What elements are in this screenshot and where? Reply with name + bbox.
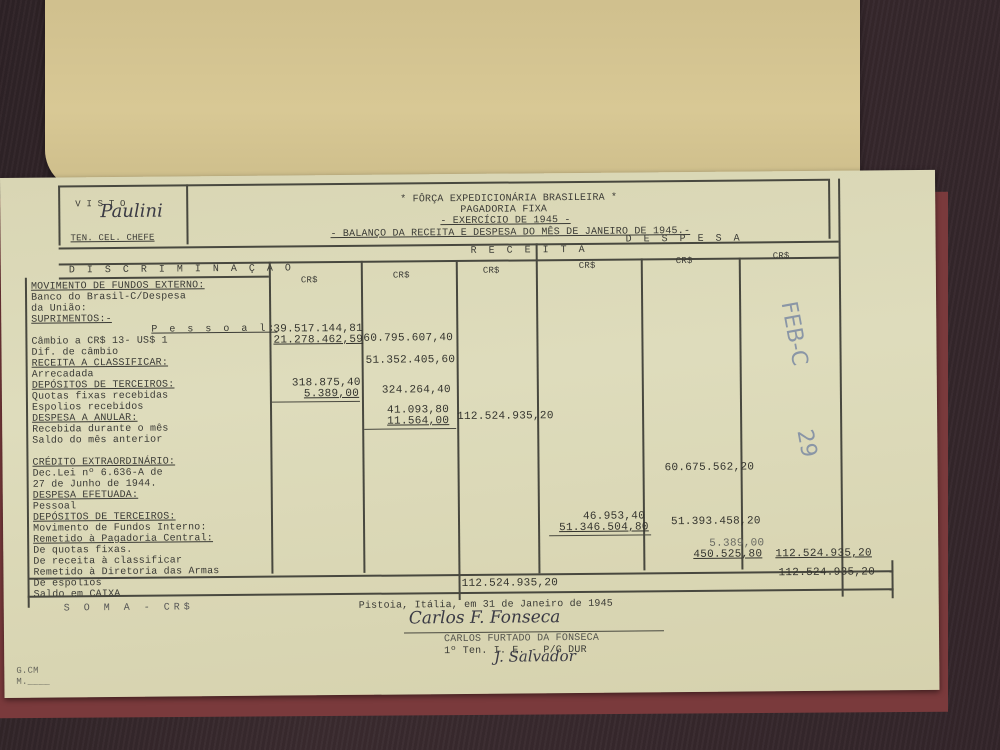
- ledger-sheet: * FÔRÇA EXPEDICIONÁRIA BRASILEIRA * PAGA…: [0, 170, 940, 698]
- receita-c2-value: 60.795.607,40: [363, 332, 453, 345]
- visto-divider: [186, 184, 189, 244]
- corner-stamp-bottom: M.____: [16, 677, 50, 688]
- header-line-2: PAGADORIA FIXA: [460, 204, 547, 216]
- receita-c2-value: 11.564,00: [387, 415, 449, 428]
- officer-signature: Carlos F. Fonseca: [409, 607, 561, 628]
- currency-despesa-3: CR$: [773, 251, 790, 262]
- frame-right: [838, 179, 844, 597]
- col-divider-3: [456, 260, 461, 600]
- despesa-c1-value: 51.346.504,80: [559, 521, 649, 534]
- despesa-c2-value: 51.393.458,20: [671, 515, 761, 528]
- second-signature: J. Salvador: [494, 647, 576, 666]
- frame-right-top: [828, 179, 831, 239]
- receita-c2-value: 324.264,40: [382, 384, 451, 397]
- discriminacao-list: MOVIMENTO DE FUNDOS EXTERNO: Banco do Br…: [31, 280, 269, 601]
- pencil-code-annotation: FEB-C: [776, 299, 812, 367]
- despesa-c2-value: 60.675.562,20: [665, 461, 755, 474]
- despesa-header: D E S P E S A: [626, 234, 743, 246]
- currency-despesa-2: CR$: [676, 256, 693, 267]
- facing-blank-page: [45, 0, 860, 190]
- visto-signature: Paulini: [100, 201, 163, 223]
- visto-title: TEN. CEL. CHEFE: [70, 233, 154, 245]
- receita-c2-value: 51.352.405,60: [366, 354, 456, 367]
- currency-receita-1: CR$: [301, 275, 318, 286]
- frame-left: [25, 278, 30, 608]
- receita-c1-value: 5.389,00: [304, 388, 359, 400]
- pencil-number-annotation: 29: [792, 427, 822, 459]
- discriminacao-header: D I S C R I M I N A Ç Ã O: [69, 263, 294, 276]
- soma-label: S O M A - CR$: [64, 602, 194, 614]
- currency-receita-3: CR$: [483, 266, 500, 277]
- receita-c1-subtotal-rule: [272, 401, 360, 403]
- receita-header: R E C E I T A: [471, 245, 588, 257]
- receita-c2-subtotal-rule: [364, 428, 456, 430]
- currency-despesa-1: CR$: [579, 261, 596, 272]
- despesa-c1-subtotal-rule: [549, 534, 651, 536]
- receita-c3-value: 112.524.935,20: [457, 410, 554, 423]
- currency-receita-2: CR$: [393, 270, 410, 281]
- despesa-total: 112.524.935,20: [778, 566, 875, 579]
- header-line-3: - EXERCÍCIO DE 1945 -: [440, 215, 570, 227]
- col-divider-2: [361, 261, 366, 573]
- discriminacao-rule: [59, 276, 269, 280]
- despesa-c2-value: 450.525,80: [693, 548, 762, 561]
- col-divider-1: [269, 262, 274, 574]
- frame-top-line: [58, 179, 828, 188]
- soma-right-edge: [891, 560, 893, 598]
- corner-stamp-top: G.CM: [16, 666, 39, 677]
- receita-despesa-divider: [536, 243, 541, 573]
- receita-c1-value: 21.278.462,59: [273, 334, 363, 347]
- officer-name: CARLOS FURTADO DA FONSECA: [444, 633, 599, 645]
- despesa-c3-value: 112.524.935,20: [775, 547, 872, 560]
- receita-total: 112.524.935,20: [462, 577, 559, 590]
- frame-left-top: [58, 185, 61, 245]
